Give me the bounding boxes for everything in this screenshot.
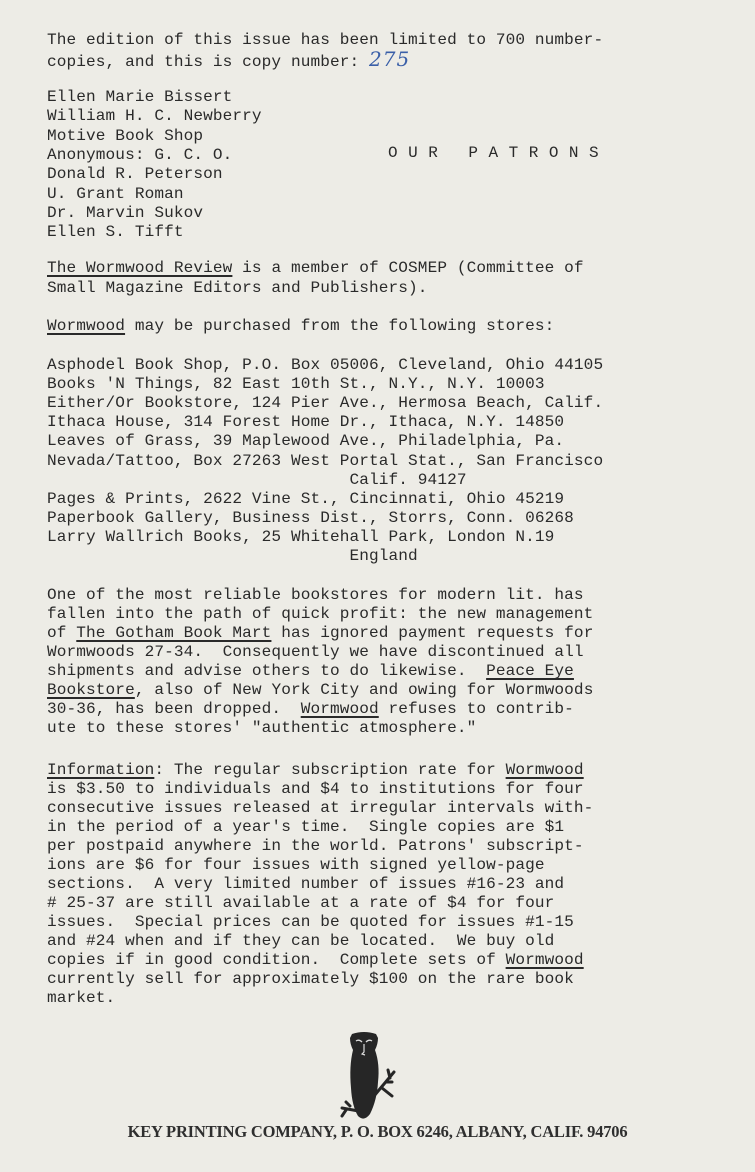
info-line: consecutive issues released at irregular… bbox=[47, 799, 593, 818]
printer-footer: KEY PRINTING COMPANY, P. O. BOX 6246, AL… bbox=[0, 1122, 755, 1141]
notice-line: Wormwoods 27-34. Consequently we have di… bbox=[47, 643, 584, 662]
notice-text: , also of New York City and owing for Wo… bbox=[135, 681, 594, 699]
store-line: Books 'N Things, 82 East 10th St., N.Y.,… bbox=[47, 375, 545, 394]
info-line: and #24 when and if they can be located.… bbox=[47, 932, 554, 951]
patron-name: Anonymous: G. C. O. bbox=[47, 146, 232, 165]
wormwood-title: Wormwood bbox=[506, 761, 584, 779]
notice-line: Bookstore, also of New York City and owi… bbox=[47, 681, 593, 700]
notice-line: One of the most reliable bookstores for … bbox=[47, 586, 584, 605]
notice-text: of bbox=[47, 624, 76, 642]
notice-text: refuses to contrib- bbox=[379, 700, 574, 718]
wormwood-review-title: The Wormwood Review bbox=[47, 259, 232, 277]
patron-name: U. Grant Roman bbox=[47, 185, 184, 204]
patron-name: Motive Book Shop bbox=[47, 127, 203, 146]
peace-eye-bookstore: Peace Eye bbox=[486, 662, 574, 680]
patron-name: Donald R. Peterson bbox=[47, 165, 223, 184]
stores-intro-text: may be purchased from the following stor… bbox=[125, 317, 554, 335]
info-line: in the period of a year's time. Single c… bbox=[47, 818, 564, 837]
cosmep-text: is a member of COSMEP (Committee of bbox=[232, 259, 583, 277]
edition-text: copies, and this is copy number: bbox=[47, 53, 359, 71]
information-heading: Information bbox=[47, 761, 154, 779]
store-line: Either/Or Bookstore, 124 Pier Ave., Herm… bbox=[47, 394, 603, 413]
info-text: : The regular subscription rate for bbox=[154, 761, 505, 779]
patron-name: Dr. Marvin Sukov bbox=[47, 204, 203, 223]
notice-text: has ignored payment requests for bbox=[271, 624, 593, 642]
cosmep-line-2: Small Magazine Editors and Publishers). bbox=[47, 279, 428, 298]
info-line: currently sell for approximately $100 on… bbox=[47, 970, 574, 989]
owl-on-branch-icon bbox=[334, 1030, 404, 1130]
patrons-title: OUR PATRONS bbox=[388, 144, 609, 163]
wormwood-title: Wormwood bbox=[301, 700, 379, 718]
notice-line: of The Gotham Book Mart has ignored paym… bbox=[47, 624, 593, 643]
info-line: ions are $6 for four issues with signed … bbox=[47, 856, 545, 875]
edition-line-2: copies, and this is copy number: 275 bbox=[47, 50, 410, 72]
info-line: Information: The regular subscription ra… bbox=[47, 761, 584, 780]
patron-name: Ellen Marie Bissert bbox=[47, 88, 232, 107]
store-line: Nevada/Tattoo, Box 27263 West Portal Sta… bbox=[47, 452, 603, 471]
info-line: per postpaid anywhere in the world. Patr… bbox=[47, 837, 584, 856]
notice-line: fallen into the path of quick profit: th… bbox=[47, 605, 593, 624]
gotham-book-mart: The Gotham Book Mart bbox=[76, 624, 271, 642]
notice-line: ute to these stores' "authentic atmosphe… bbox=[47, 719, 476, 738]
notice-line: 30-36, has been dropped. Wormwood refuse… bbox=[47, 700, 574, 719]
info-line: market. bbox=[47, 989, 115, 1008]
store-line: Asphodel Book Shop, P.O. Box 05006, Clev… bbox=[47, 356, 603, 375]
peace-eye-bookstore: Bookstore bbox=[47, 681, 135, 699]
handwritten-copy-number: 275 bbox=[369, 47, 410, 71]
wormwood-title: Wormwood bbox=[506, 951, 584, 969]
store-line: Leaves of Grass, 39 Maplewood Ave., Phil… bbox=[47, 432, 564, 451]
edition-line-1: The edition of this issue has been limit… bbox=[47, 31, 603, 50]
cosmep-line-1: The Wormwood Review is a member of COSME… bbox=[47, 259, 584, 278]
stores-intro: Wormwood may be purchased from the follo… bbox=[47, 317, 554, 336]
store-line: Calif. 94127 bbox=[47, 471, 467, 490]
notice-line: shipments and advise others to do likewi… bbox=[47, 662, 574, 681]
info-text: copies if in good condition. Complete se… bbox=[47, 951, 506, 969]
store-line: Paperbook Gallery, Business Dist., Storr… bbox=[47, 509, 574, 528]
wormwood-title: Wormwood bbox=[47, 317, 125, 335]
store-line: Larry Wallrich Books, 25 Whitehall Park,… bbox=[47, 528, 554, 547]
info-line: is $3.50 to individuals and $4 to instit… bbox=[47, 780, 584, 799]
store-line: Ithaca House, 314 Forest Home Dr., Ithac… bbox=[47, 413, 564, 432]
notice-text: 30-36, has been dropped. bbox=[47, 700, 301, 718]
info-line: issues. Special prices can be quoted for… bbox=[47, 913, 574, 932]
info-line: copies if in good condition. Complete se… bbox=[47, 951, 584, 970]
store-line: England bbox=[47, 547, 418, 566]
store-line: Pages & Prints, 2622 Vine St., Cincinnat… bbox=[47, 490, 564, 509]
info-line: sections. A very limited number of issue… bbox=[47, 875, 564, 894]
patron-name: Ellen S. Tifft bbox=[47, 223, 184, 242]
patron-name: William H. C. Newberry bbox=[47, 107, 262, 126]
notice-text: shipments and advise others to do likewi… bbox=[47, 662, 486, 680]
info-line: # 25-37 are still available at a rate of… bbox=[47, 894, 554, 913]
document-page: The edition of this issue has been limit… bbox=[0, 0, 755, 1172]
